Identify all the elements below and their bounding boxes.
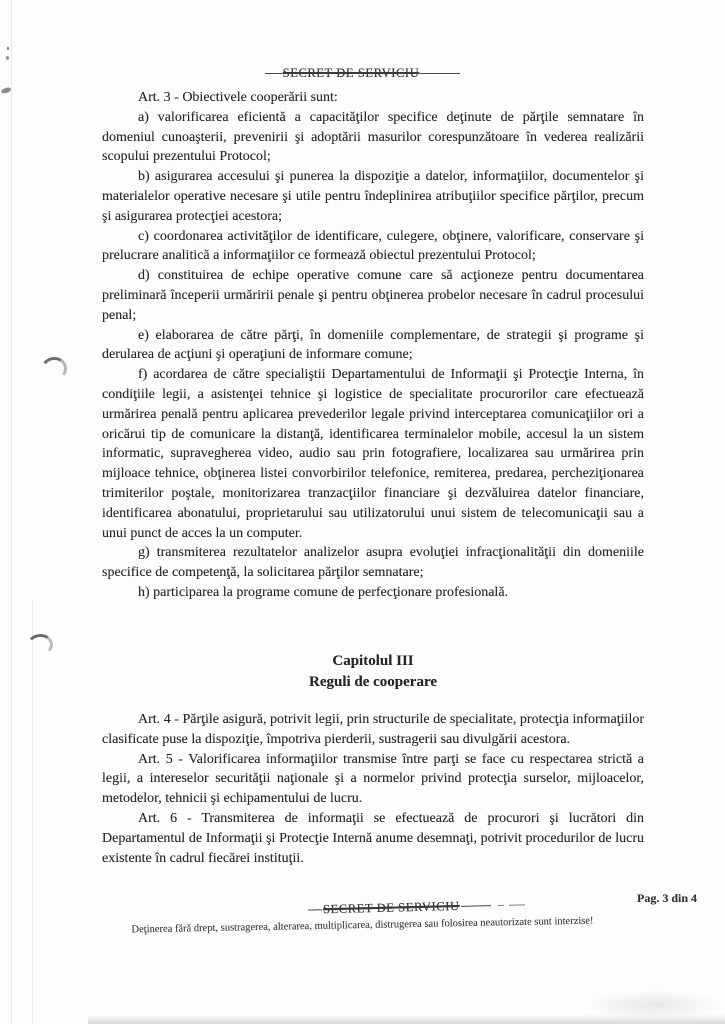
paragraph-c: c) coordonarea activităţilor de identifi… <box>102 227 644 267</box>
article-3-block: Art. 3 - Obiectivele cooperării sunt: a)… <box>102 88 644 603</box>
paragraph-h: h) participarea la programe comune de pe… <box>102 583 644 603</box>
paragraph-art6: Art. 6 - Transmiterea de informaţii se e… <box>102 809 644 868</box>
strike-dash <box>509 904 525 905</box>
chapter-subtitle: Reguli de cooperare <box>102 672 644 693</box>
strike-line-right <box>420 73 460 74</box>
paragraph-g: g) transmiterea rezultatelor analizelor … <box>102 543 644 583</box>
ink-speck <box>7 47 9 50</box>
punch-hole-mark <box>39 355 69 383</box>
paper-fold-line <box>32 600 33 1024</box>
classification-footer: SECRET DE SERVICIU <box>308 897 525 917</box>
paragraph-e: e) elaborarea de către părţi, în domenii… <box>102 326 644 366</box>
ink-smudge <box>1 87 12 94</box>
scanned-document-page: SECRET DE SERVICIU Art. 3 - Obiectivele … <box>0 0 725 1024</box>
articles-4-6-block: Art. 4 - Părţile asigură, potrivit legii… <box>102 710 644 868</box>
paper-edge-shadow <box>11 0 12 1024</box>
strike-line-left <box>308 909 322 910</box>
paragraph-art3: Art. 3 - Obiectivele cooperării sunt: <box>102 88 644 108</box>
paragraph-d: d) constituirea de echipe operative comu… <box>102 266 644 325</box>
page-number: Pag. 3 din 4 <box>637 891 697 906</box>
classification-header-text: SECRET DE SERVICIU <box>282 66 421 81</box>
chapter-title: Capitolul III <box>102 651 644 672</box>
strike-dash <box>498 905 504 906</box>
classification-header: SECRET DE SERVICIU <box>0 66 725 81</box>
classification-footer-text: SECRET DE SERVICIU <box>322 899 461 917</box>
paragraph-art4: Art. 4 - Părţile asigură, potrivit legii… <box>102 710 644 750</box>
punch-hole-mark <box>26 633 54 658</box>
paragraph-a: a) valorificarea eficientă a capacităţil… <box>102 108 644 167</box>
paragraph-b: b) asigurarea accesului şi punerea la di… <box>102 167 644 226</box>
footer-disclaimer: Deţinerea fără drept, sustragerea, alter… <box>0 913 725 938</box>
strike-line-right <box>461 905 491 907</box>
ink-speck <box>6 56 9 60</box>
scanner-corner-smudge <box>585 990 725 1020</box>
chapter-heading: Capitolul III Reguli de cooperare <box>102 651 644 692</box>
paragraph-f: f) acordarea de către specialiştii Depar… <box>102 365 644 543</box>
strike-line-left <box>265 73 282 74</box>
paragraph-art5: Art. 5 - Valorificarea informaţiilor tra… <box>102 750 644 809</box>
